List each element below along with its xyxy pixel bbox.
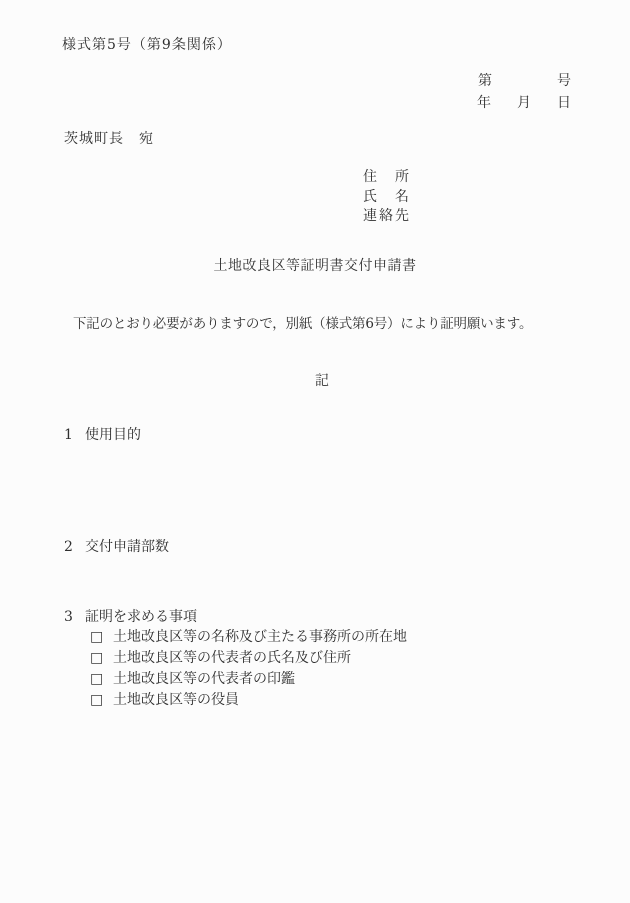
applicant-block: 住 所 氏 名 連絡先 [363, 168, 411, 227]
applicant-address-label: 住 所 [363, 168, 411, 188]
checkbox-label: 土地改良区等の代表者の印鑑 [113, 670, 295, 689]
item-certification-matters: 3証明を求める事項 [64, 608, 197, 627]
document-page: 様式第5号（第9条関係） 第 号 年 月 日 茨城町長 宛 住 所 氏 名 連絡… [0, 0, 630, 903]
checklist-row-representative-name-address: □ 土地改良区等の代表者の氏名及び住所 [90, 649, 407, 670]
checkbox-label: 土地改良区等の代表者の氏名及び住所 [113, 649, 351, 668]
addressee: 茨城町長 宛 [64, 130, 154, 149]
item-number: 1 [64, 426, 85, 445]
date-month-label: 月 [517, 94, 531, 113]
date-year-label: 年 [477, 94, 491, 113]
item-copies-requested: 2交付申請部数 [64, 538, 169, 557]
applicant-contact-label: 連絡先 [363, 207, 411, 227]
checkbox-label: 土地改良区等の名称及び主たる事務所の所在地 [113, 628, 407, 647]
item-label: 使用目的 [85, 427, 141, 443]
checklist-row-name-office-location: □ 土地改良区等の名称及び主たる事務所の所在地 [90, 628, 407, 649]
form-number: 様式第5号（第9条関係） [62, 36, 232, 55]
checkbox-label: 土地改良区等の役員 [113, 691, 239, 710]
checkbox-icon[interactable]: □ [90, 670, 113, 689]
item-label: 証明を求める事項 [85, 609, 197, 625]
checkbox-icon[interactable]: □ [90, 691, 113, 710]
item-number: 2 [64, 538, 85, 557]
checkbox-icon[interactable]: □ [90, 628, 113, 647]
item-label: 交付申請部数 [85, 539, 169, 555]
date-day-label: 日 [557, 94, 571, 113]
date-line: 年 月 日 [477, 94, 571, 113]
item-usage-purpose: 1使用目的 [64, 426, 141, 445]
record-marker: 記 [0, 372, 630, 391]
item-number: 3 [64, 608, 85, 627]
checklist-row-representative-seal: □ 土地改良区等の代表者の印鑑 [90, 670, 407, 691]
document-number-line: 第 号 [478, 72, 571, 91]
checklist-row-officers: □ 土地改良区等の役員 [90, 691, 407, 712]
checkbox-icon[interactable]: □ [90, 649, 113, 668]
applicant-name-label: 氏 名 [363, 188, 411, 208]
body-paragraph: 下記のとおり必要がありますので，別紙（様式第6号）により証明願います。 [73, 315, 532, 333]
doc-number-prefix: 第 [478, 72, 492, 91]
certification-checklist: □ 土地改良区等の名称及び主たる事務所の所在地 □ 土地改良区等の代表者の氏名及… [90, 628, 407, 712]
document-title: 土地改良区等証明書交付申請書 [0, 257, 630, 276]
doc-number-suffix: 号 [557, 72, 571, 91]
